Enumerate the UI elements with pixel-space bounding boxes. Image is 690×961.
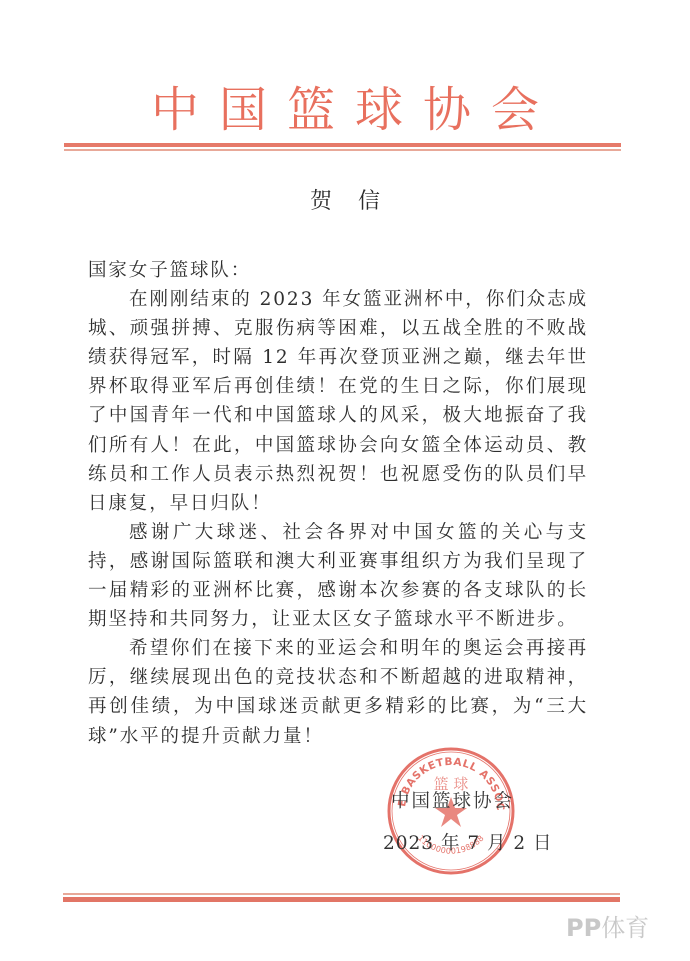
watermark-brand: PP [566,914,601,942]
letterhead-rule-thin [64,149,621,151]
letter-body: 国家女子篮球队： 在刚刚结束的 2023 年女篮亚洲杯中，你们众志成城、顽强拼搏… [88,256,588,751]
footer-rule-thin [63,893,620,895]
document-title: 贺信 [0,184,690,215]
salutation: 国家女子篮球队： [88,256,588,285]
letterhead-rule-thick [64,143,621,147]
letterhead-title: 中国篮球协会 [0,82,690,138]
signature-organization: 中国篮球协会 [391,787,514,813]
pp-sports-watermark: PP体育 [566,908,649,943]
paragraph-3: 希望你们在接下来的亚运会和明年的奥运会再接再厉，继续展现出色的竞技状态和不断超越… [88,634,588,750]
paragraph-1: 在刚刚结束的 2023 年女篮亚洲杯中，你们众志成城、顽强拼搏、克服伤病等困难，… [88,285,588,518]
watermark-label: 体育 [601,914,649,942]
signature-date: 2023 年 7 月 2 日 [383,829,553,855]
paragraph-2: 感谢广大球迷、社会各界对中国女篮的关心与支持，感谢国际篮联和澳大利亚赛事组织方为… [88,518,588,634]
footer-rule-thick [63,897,620,902]
